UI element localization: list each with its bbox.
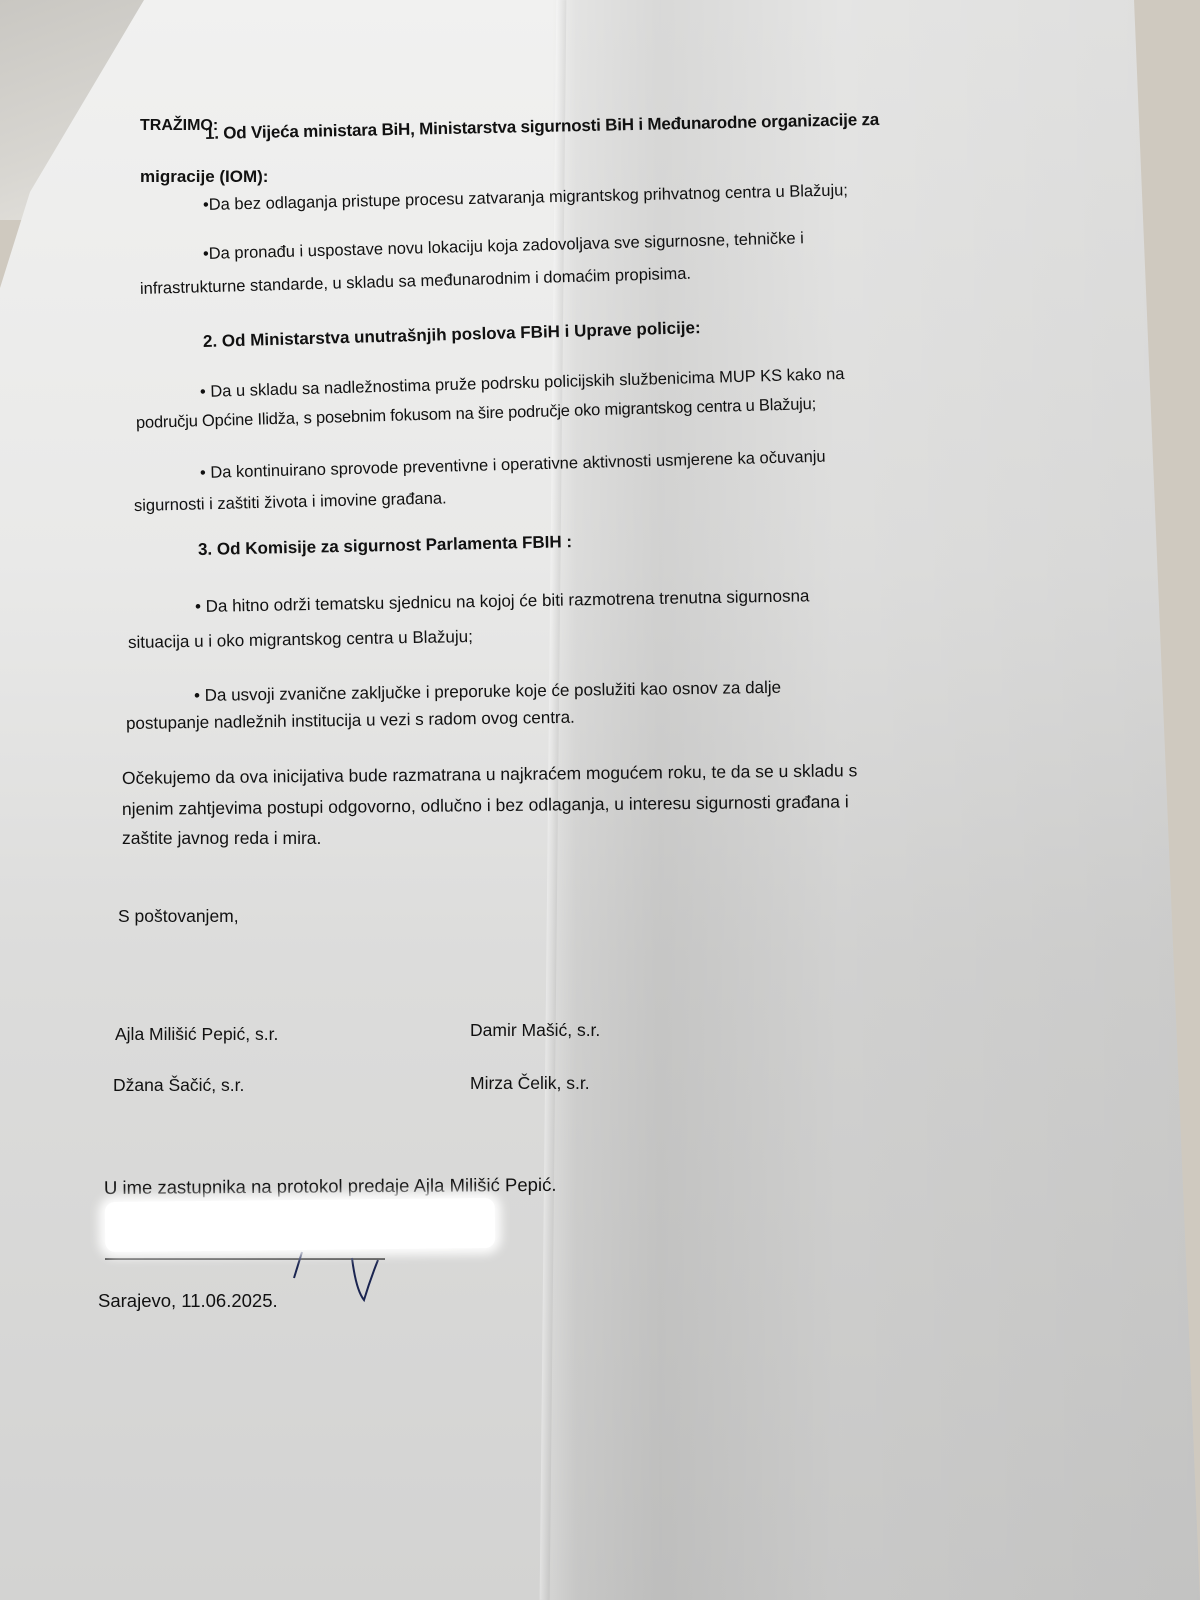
signature-stroke-icon bbox=[290, 1250, 410, 1310]
submission-note: U ime zastupnika na protokol predaje Ajl… bbox=[104, 1174, 557, 1199]
section-1-title-cont: migracije (IOM): bbox=[140, 167, 268, 187]
signatory-left-1: Ajla Milišić Pepić, s.r. bbox=[115, 1024, 278, 1045]
signatory-left-2: Džana Šačić, s.r. bbox=[113, 1075, 244, 1096]
signatory-right-2: Mirza Čelik, s.r. bbox=[470, 1073, 590, 1094]
place-date: Sarajevo, 11.06.2025. bbox=[98, 1290, 278, 1312]
closing-paragraph-line-3: zaštite javnog reda i mira. bbox=[122, 828, 321, 849]
signatory-right-1: Damir Mašić, s.r. bbox=[470, 1020, 600, 1041]
redacted-signature bbox=[105, 1198, 496, 1252]
salutation: S poštovanjem, bbox=[118, 906, 239, 927]
